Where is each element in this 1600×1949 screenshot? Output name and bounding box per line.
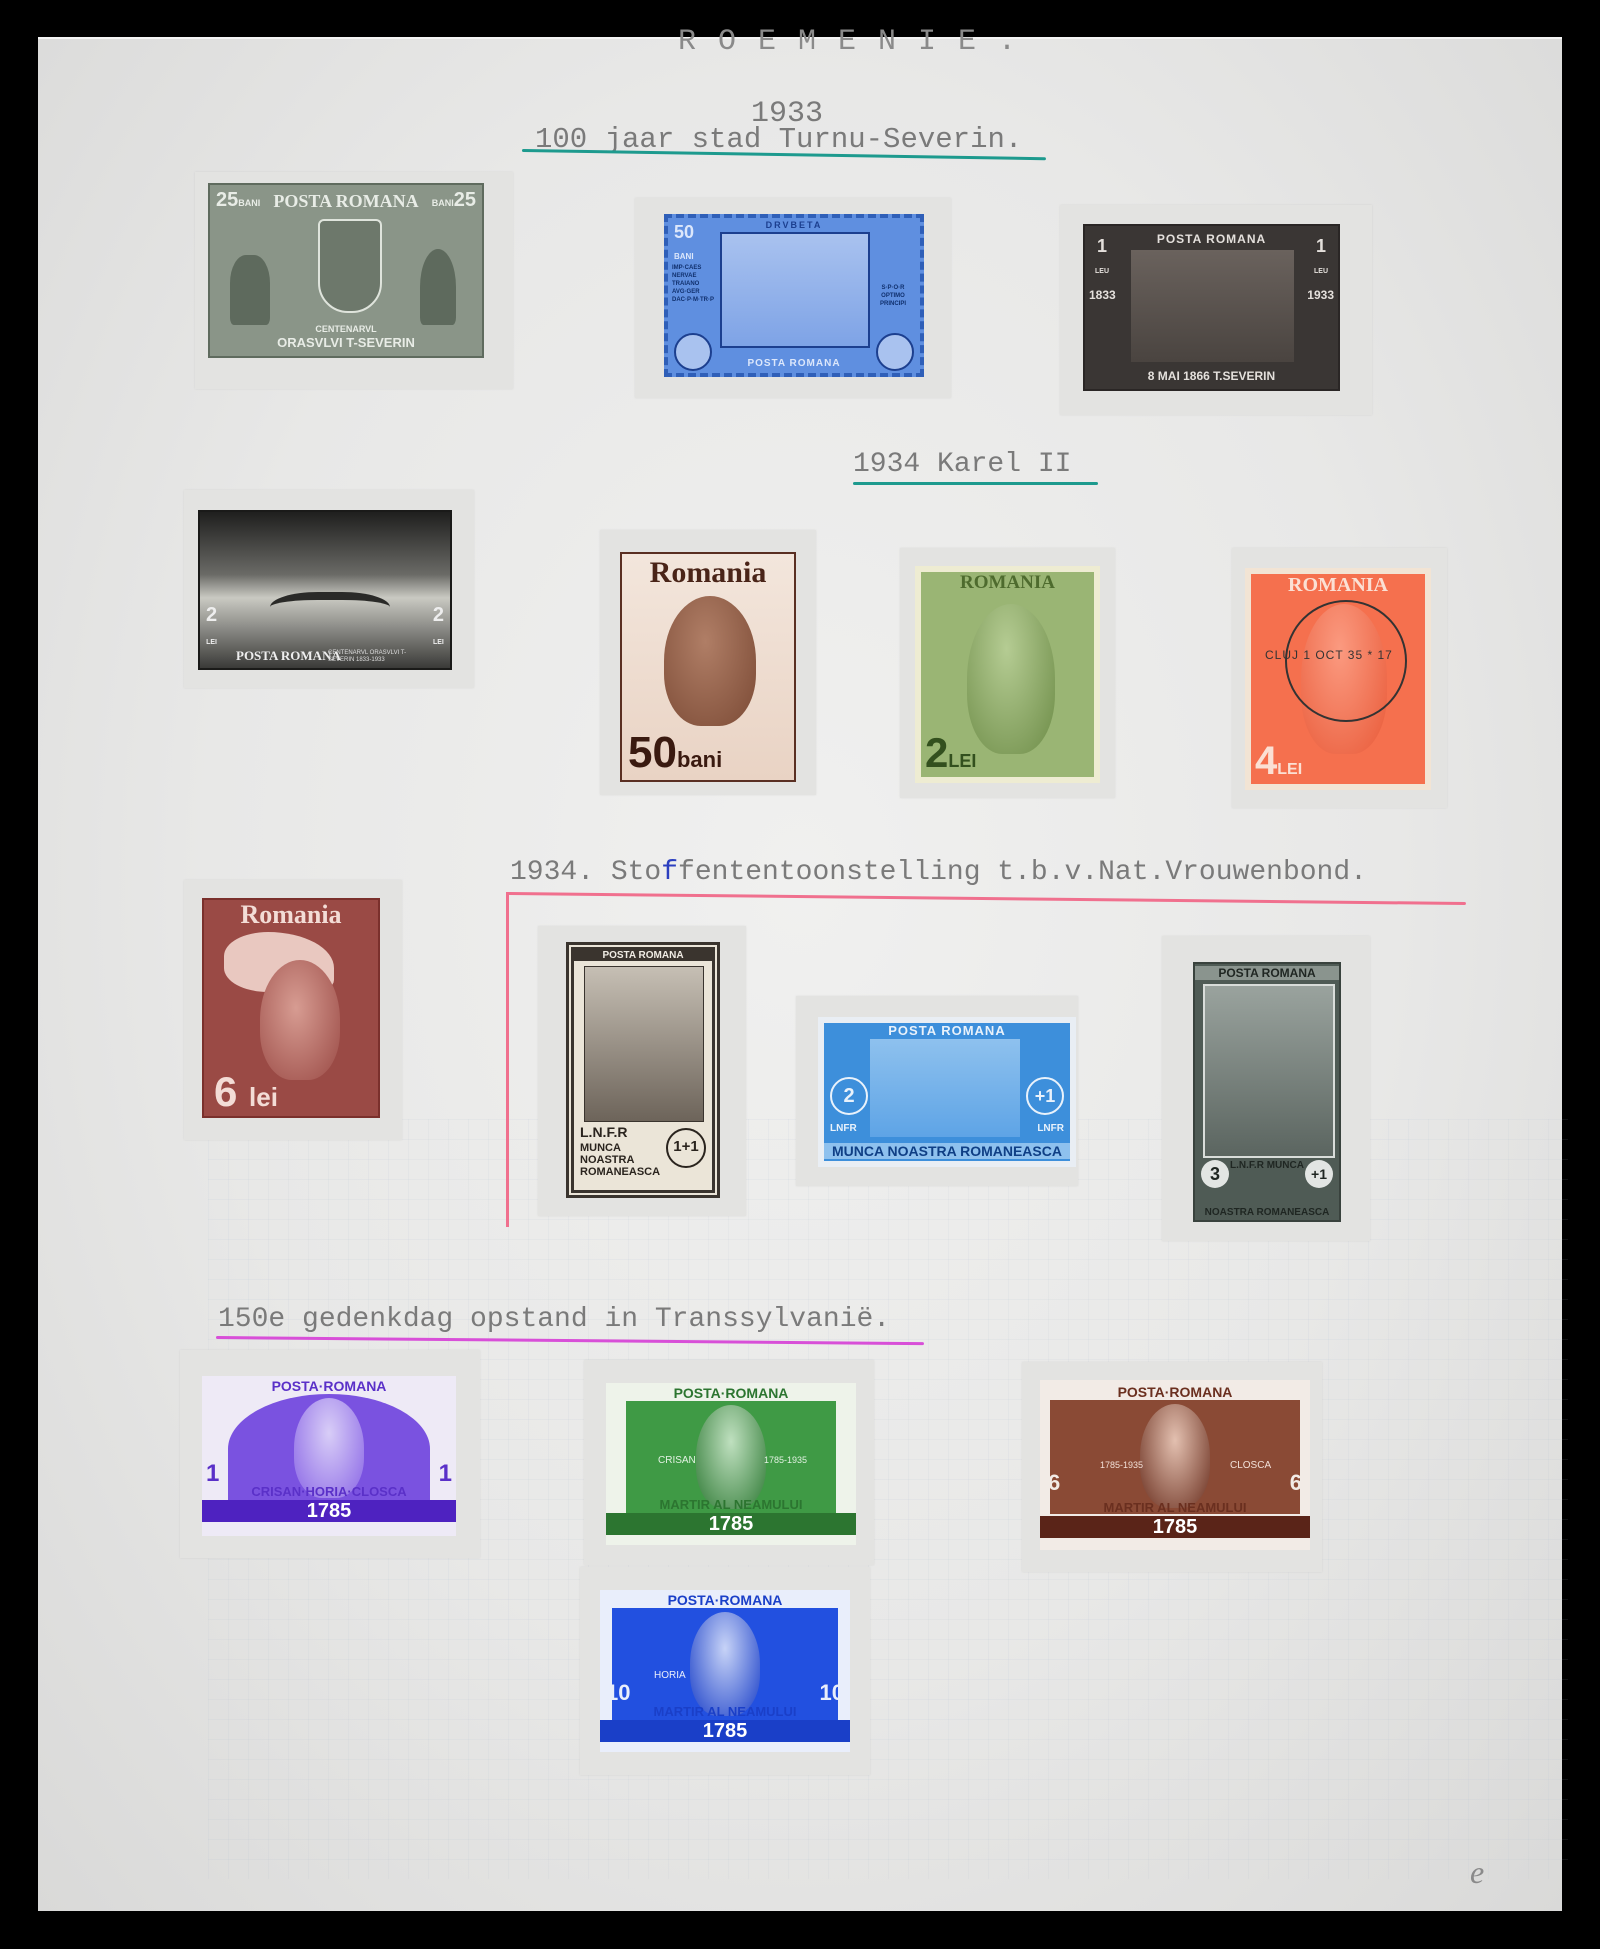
rock-left-icon — [230, 255, 270, 325]
relief-scene — [1131, 250, 1294, 362]
section-underline — [508, 892, 1466, 905]
section-underline — [853, 482, 1098, 485]
king-portrait — [664, 596, 756, 726]
section-title-stoffententoonstelling: 1934. Stoffententoonstelling t.b.v.Nat.V… — [510, 857, 1367, 888]
portrait — [696, 1405, 766, 1509]
stamp-1-leu-turnu-severin[interactable]: POSTA ROMANA 1LEU 1LEU 1833 1933 8 MAI 1… — [1083, 224, 1340, 391]
king-portrait — [260, 960, 340, 1080]
title-prefix: 1934. Sto — [510, 857, 661, 888]
stamp-6-lei-karel-ii[interactable]: Romania 6 lei — [202, 898, 380, 1118]
stamp-1-1-lei-lnfr[interactable]: POSTA ROMANA L.N.F.R MUNCA NOASTRA ROMAN… — [566, 942, 720, 1198]
portrait — [294, 1398, 364, 1498]
king-portrait — [967, 604, 1055, 754]
spinner-photo — [1203, 984, 1335, 1158]
stamp-4-lei-karel-ii-postmarked[interactable]: ROMANIA CLUJ 1 OCT 35 * 17 4LEI — [1245, 568, 1431, 790]
section-bracket-line — [506, 892, 509, 1227]
bridge-icon — [270, 592, 390, 630]
section-title-karel-ii: 1934 Karel II — [853, 449, 1071, 480]
title-highlight: f — [661, 857, 678, 888]
stamp-2-lei-crisan[interactable]: POSTA·ROMANA CRISAN 1785-1935 2 2 MARTIR… — [606, 1383, 856, 1545]
section-title-transsylvanie: 150e gedenkdag opstand in Transsylvanië. — [218, 1304, 890, 1335]
coat-of-arms-icon — [318, 219, 382, 313]
stamp-25-bani-turnu-severin[interactable]: POSTA ROMANA 25BANI BANI25 CENTENARVL OR… — [208, 183, 484, 358]
stamp-2-lei-bridge[interactable]: 2LEI 2LEI POSTA ROMANA CENTENARVL ORASVL… — [198, 510, 452, 670]
pencil-page-mark: e — [1470, 1854, 1484, 1891]
stamp-2-lei-karel-ii[interactable]: ROMANIA 2LEI — [915, 566, 1100, 783]
stamp-1-leu-crisan-horia-closca[interactable]: POSTA·ROMANA 1 1 CRISAN·HORIA·CLOSCA 178… — [202, 1376, 456, 1536]
title-suffix: fententoonstelling t.b.v.Nat.Vrouwenbond… — [678, 857, 1367, 888]
stamp-6-lei-closca[interactable]: POSTA·ROMANA 1785-1935 CLOSCA 6 6 MARTIR… — [1040, 1380, 1310, 1550]
relief-scene — [720, 232, 870, 348]
portrait — [690, 1612, 760, 1716]
rock-right-icon — [420, 249, 456, 325]
stamp-50-bani-karel-ii[interactable]: Romania 50bani — [620, 552, 796, 782]
stamp-2-lei-lnfr-weaver[interactable]: POSTA ROMANA 2 +1 LNFR LNFR MUNCA NOASTR… — [818, 1017, 1076, 1167]
portrait — [1140, 1404, 1210, 1508]
weaving-scene — [870, 1039, 1020, 1137]
stamp-10-lei-horia[interactable]: POSTA·ROMANA HORIA 10 10 MARTIR AL NEAMU… — [600, 1590, 850, 1752]
stamp-3-lei-lnfr-spinner[interactable]: POSTA ROMANA 3 +1 L.N.F.R MUNCA NOASTRA … — [1193, 962, 1341, 1222]
stamp-50-bani-drubeta[interactable]: DRVBETA 50BANI IMP·CAES NERVAE TRAIANO A… — [664, 214, 924, 377]
wayside-shrine-photo — [584, 966, 704, 1122]
page-header: R O E M E N I E . — [678, 25, 1018, 59]
